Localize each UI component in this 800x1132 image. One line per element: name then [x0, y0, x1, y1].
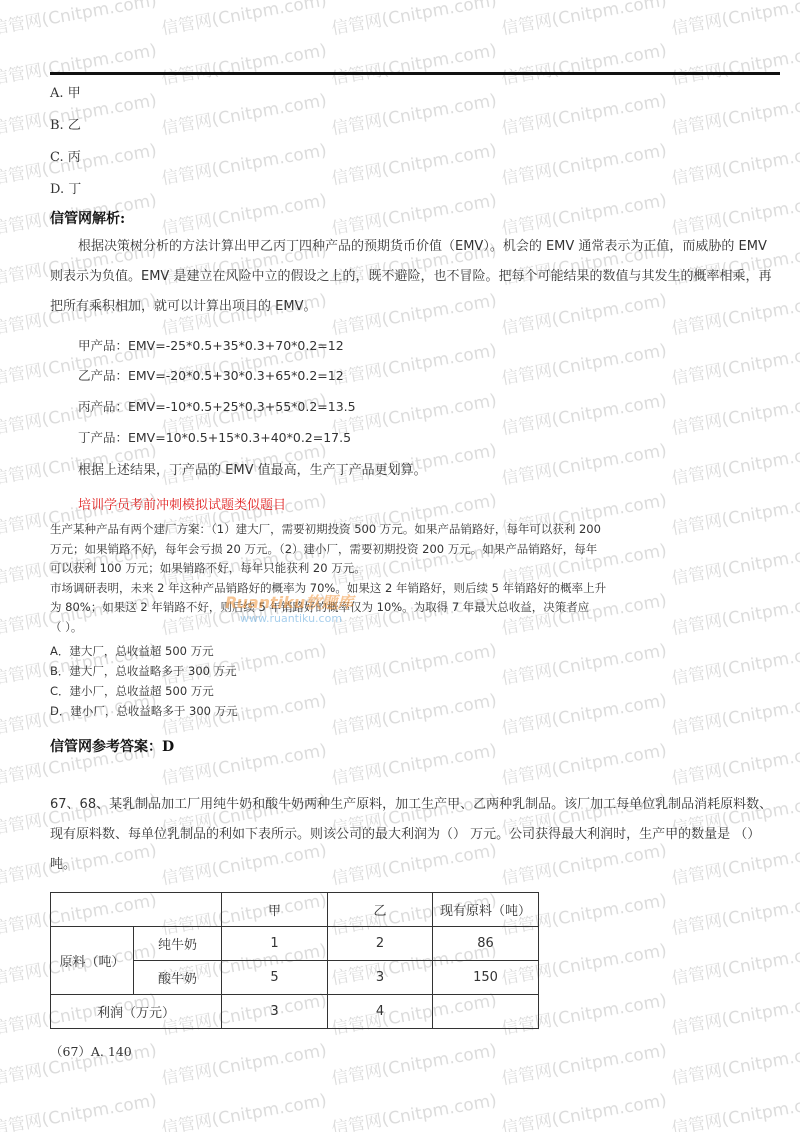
- option-b: B. 乙: [50, 114, 81, 133]
- header-rule: [50, 72, 780, 75]
- analysis-intro: 根据决策树分析的方法计算出甲乙丙丁四种产品的预期货币价值（EMV）。机会的 EM…: [50, 232, 780, 322]
- ruantiku-logo-overlay: Ruantiku软题库: [225, 590, 353, 613]
- option-a: A. 甲: [50, 82, 81, 101]
- materials-table: 甲 乙 现有原料（吨） 原料（吨） 纯牛奶 1 2 86 酸牛奶 5 3 150…: [50, 892, 539, 1029]
- analysis-conclusion: 根据上述结果，丁产品的 EMV 值最高，生产丁产品更划算。: [78, 459, 427, 478]
- similar-option-d: D．建小厂，总收益略多于 300 万元: [50, 703, 238, 719]
- similar-option-c: C．建小厂，总收益超 500 万元: [50, 683, 214, 699]
- option-d: D. 丁: [50, 178, 81, 197]
- similar-option-b: B．建大厂，总收益略多于 300 万元: [50, 663, 237, 679]
- analysis-heading: 信管网解析:: [50, 208, 125, 228]
- formula-bing: 丙产品：EMV=-10*0.5+25*0.3+55*0.2=13.5: [78, 397, 356, 415]
- table-profit-row: 利润（万元） 3 4: [51, 995, 539, 1029]
- option-67-a: （67）A. 140: [50, 1042, 132, 1060]
- option-c: C. 丙: [50, 146, 81, 165]
- next-question-text: 67、68、某乳制品加工厂用纯牛奶和酸牛奶两种生产原料，加工生产甲、乙两种乳制品…: [50, 790, 780, 880]
- formula-jia: 甲产品：EMV=-25*0.5+35*0.3+70*0.2=12: [78, 336, 344, 354]
- table-row: 原料（吨） 纯牛奶 1 2 86: [51, 927, 539, 961]
- similar-option-a: A．建大厂，总收益超 500 万元: [50, 643, 214, 659]
- similar-question-title: 培训学员考前冲刺模拟试题类似题目: [78, 494, 286, 513]
- ruantiku-url-overlay: www.ruantiku.com: [240, 612, 342, 625]
- answer-heading: 信管网参考答案：D: [50, 736, 174, 756]
- formula-yi: 乙产品：EMV=-20*0.5+30*0.3+65*0.2=12: [78, 366, 344, 384]
- table-header-row: 甲 乙 现有原料（吨）: [51, 893, 539, 927]
- formula-ding: 丁产品：EMV=10*0.5+15*0.3+40*0.2=17.5: [78, 428, 351, 446]
